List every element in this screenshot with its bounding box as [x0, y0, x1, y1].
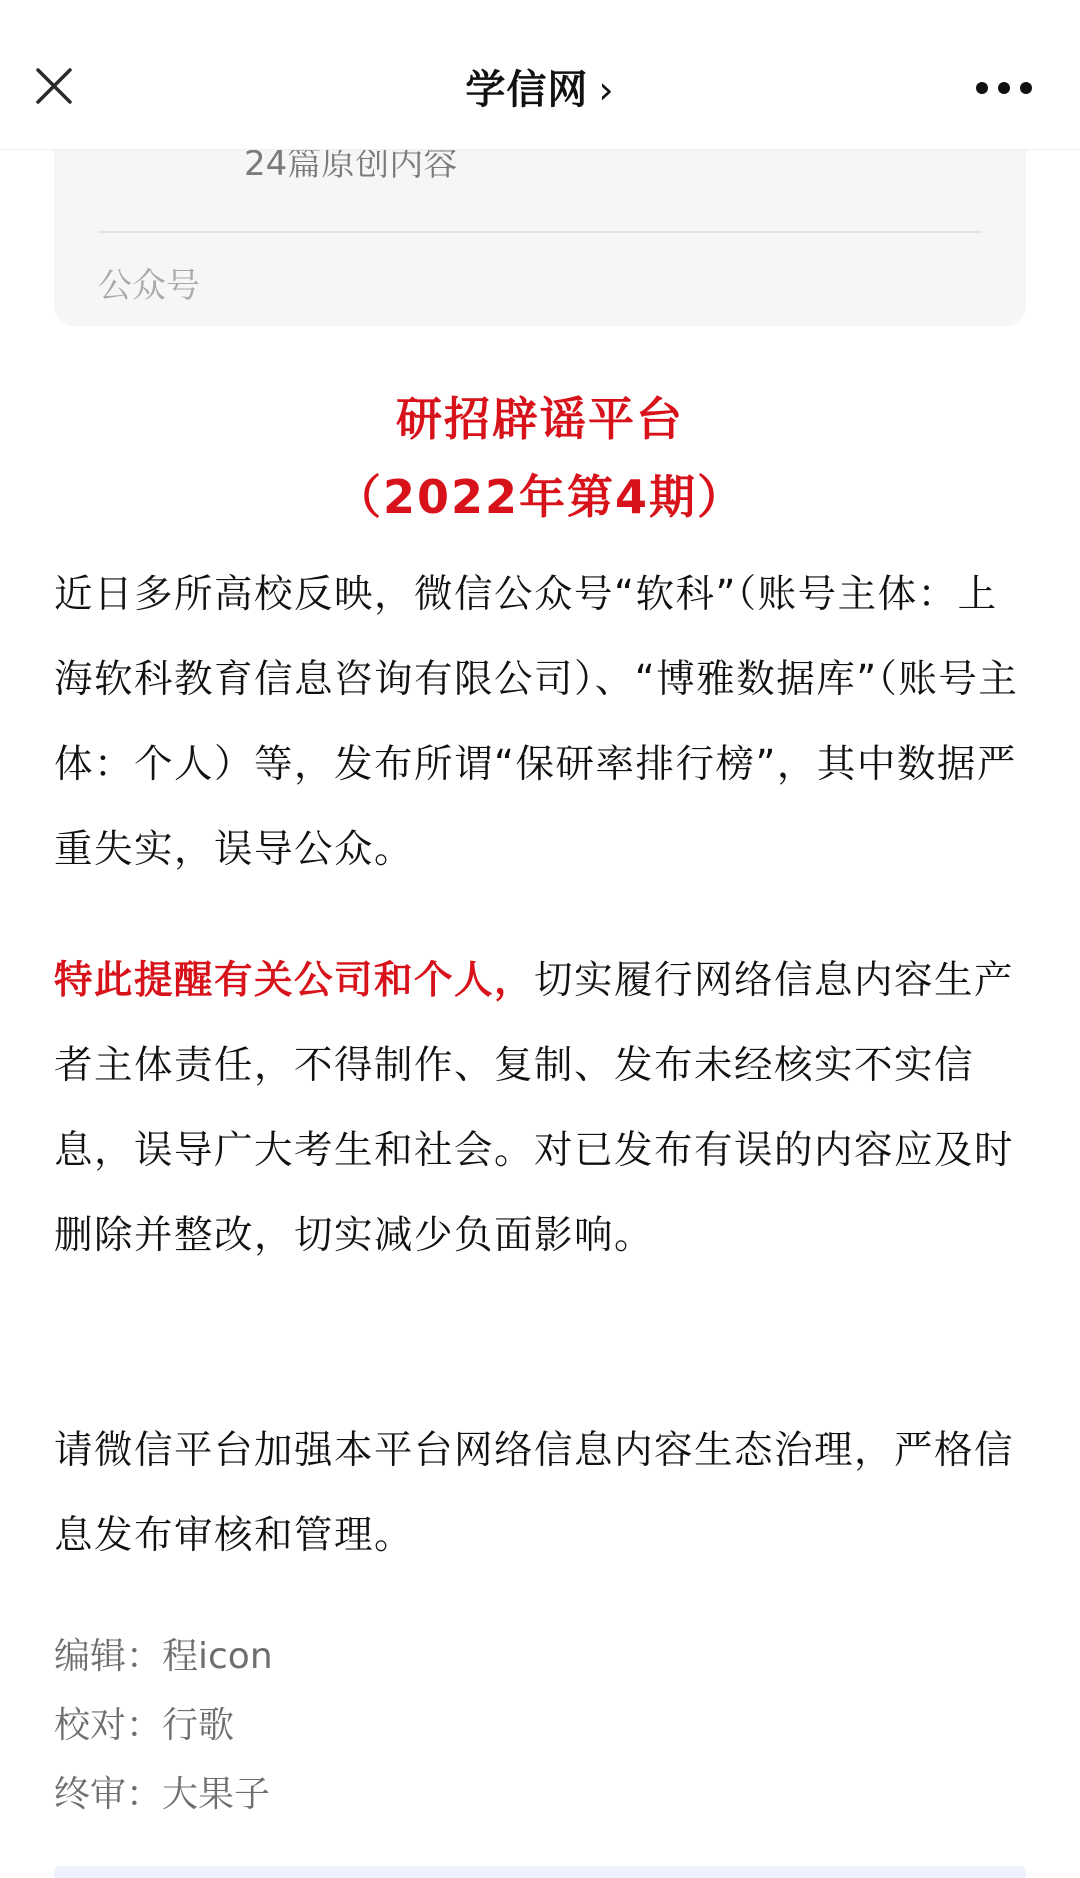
- article-credits: 编辑：程icon 校对：行歌 终审：大果子: [54, 1622, 273, 1829]
- more-options-button[interactable]: [976, 80, 1032, 96]
- more-icon-dot: [998, 82, 1010, 94]
- paragraph-2-body: 切实履行网络信息内容生产者主体责任，不得制作、复制、发布未经核实不实信息，误导广…: [54, 958, 1014, 1258]
- headline-line-2: （2022年第4期）: [0, 458, 1080, 536]
- more-icon-dot: [1020, 82, 1032, 94]
- chevron-right-icon: ›: [598, 68, 614, 112]
- editor-credit: 编辑：程icon: [54, 1622, 273, 1691]
- card-divider: [98, 231, 982, 233]
- proofreader-credit: 校对：行歌: [54, 1691, 273, 1760]
- warning-highlight: 特此提醒有关公司和个人，: [54, 958, 534, 1003]
- account-title-link[interactable]: 学信网›: [0, 58, 1080, 115]
- footer-banner-edge: [54, 1866, 1026, 1875]
- article-headline: 研招辟谣平台 （2022年第4期）: [0, 380, 1080, 536]
- article-paragraph-2: 特此提醒有关公司和个人，切实履行网络信息内容生产者主体责任，不得制作、复制、发布…: [54, 938, 1026, 1278]
- top-nav-bar: 学信网›: [0, 0, 1080, 150]
- article-paragraph-3: 请微信平台加强本平台网络信息内容生态治理，严格信息发布审核和管理。: [54, 1408, 1026, 1578]
- final-review-credit: 终审：大果子: [54, 1760, 273, 1829]
- more-icon-dot: [976, 82, 988, 94]
- headline-line-1: 研招辟谣平台: [0, 380, 1080, 458]
- account-type-label: 公众号: [98, 258, 200, 307]
- account-name: 学信网: [465, 67, 588, 113]
- article-paragraph-1: 近日多所高校反映，微信公众号“软科”（账号主体：上海软科教育信息咨询有限公司）、…: [54, 552, 1026, 892]
